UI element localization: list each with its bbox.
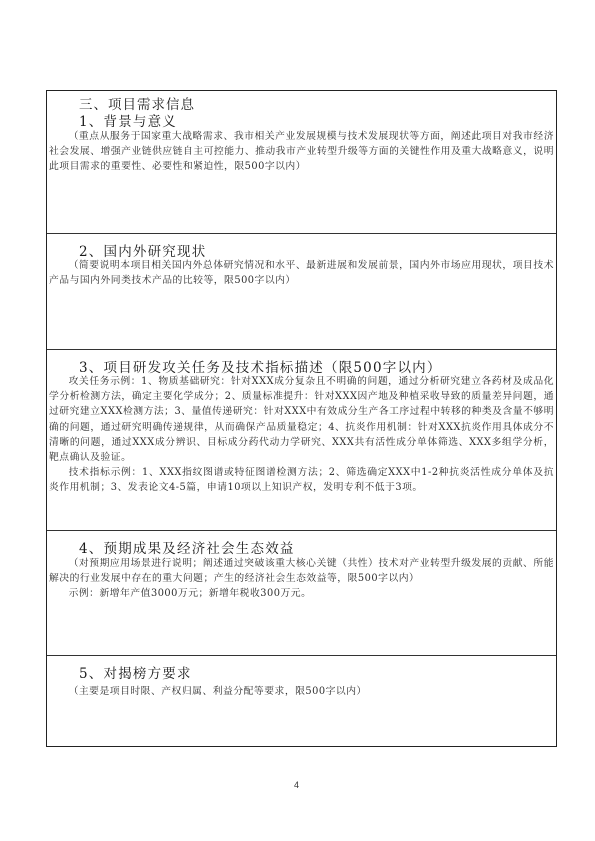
section-heading: 3、项目研发攻关任务及技术指标描述（限500字以内） bbox=[79, 356, 442, 376]
instruction-text: （重点从服务于国家重大战略需求、我市相关产业发展规模与技术发展现状等方面，阐述此… bbox=[49, 129, 554, 174]
instruction-text: （简要说明本项目相关国内外总体研究情况和水平、最新进展和发展前景，国内外市场应用… bbox=[49, 258, 554, 288]
section-heading: 4、预期成果及经济社会生态效益 bbox=[79, 537, 295, 557]
section-instructions: （简要说明本项目相关国内外总体研究情况和水平、最新进展和发展前景，国内外市场应用… bbox=[49, 258, 554, 288]
indicator-examples-text: 技术指标示例：1、XXX指纹图谱或特征图谱检测方法；2、筛选确定XXX中1-2种… bbox=[49, 465, 554, 495]
task-examples-text: 攻关任务示例：1、物质基础研究：针对XXX成分复杂且不明确的问题，通过分析研究建… bbox=[49, 374, 554, 465]
section-heading: 2、国内外研究现状 bbox=[79, 240, 206, 260]
section-bidder-requirements: 5、对揭榜方要求 （主要是项目时限、产权归属、利益分配等要求，限500字以内） bbox=[47, 655, 556, 747]
example-text: 示例：新增年产值3000万元；新增年税收300万元。 bbox=[49, 586, 554, 601]
section-background-significance: 三、项目需求信息 1、背景与意义 （重点从服务于国家重大战略需求、我市相关产业发… bbox=[47, 91, 556, 233]
section-research-status: 2、国内外研究现状 （简要说明本项目相关国内外总体研究情况和水平、最新进展和发展… bbox=[47, 233, 556, 349]
section-tasks-indicators: 3、项目研发攻关任务及技术指标描述（限500字以内） 攻关任务示例：1、物质基础… bbox=[47, 349, 556, 530]
section-heading: 1、背景与意义 bbox=[79, 110, 177, 130]
section-expected-outcomes: 4、预期成果及经济社会生态效益 （对预期应用场景进行说明；阐述通过突破该重大核心… bbox=[47, 530, 556, 655]
requirements-table: 三、项目需求信息 1、背景与意义 （重点从服务于国家重大战略需求、我市相关产业发… bbox=[46, 90, 557, 747]
section-heading: 5、对揭榜方要求 bbox=[79, 662, 192, 682]
section-instructions: （主要是项目时限、产权归属、利益分配等要求，限500字以内） bbox=[49, 684, 554, 699]
section-instructions: 攻关任务示例：1、物质基础研究：针对XXX成分复杂且不明确的问题，通过分析研究建… bbox=[49, 374, 554, 496]
section-instructions: （重点从服务于国家重大战略需求、我市相关产业发展规模与技术发展现状等方面，阐述此… bbox=[49, 129, 554, 174]
section-instructions: （对预期应用场景进行说明；阐述通过突破该重大核心关键（共性）技术对产业转型升级发… bbox=[49, 556, 554, 601]
page-number: 4 bbox=[294, 780, 299, 790]
instruction-text: （对预期应用场景进行说明；阐述通过突破该重大核心关键（共性）技术对产业转型升级发… bbox=[49, 556, 554, 586]
instruction-text: （主要是项目时限、产权归属、利益分配等要求，限500字以内） bbox=[49, 684, 554, 699]
